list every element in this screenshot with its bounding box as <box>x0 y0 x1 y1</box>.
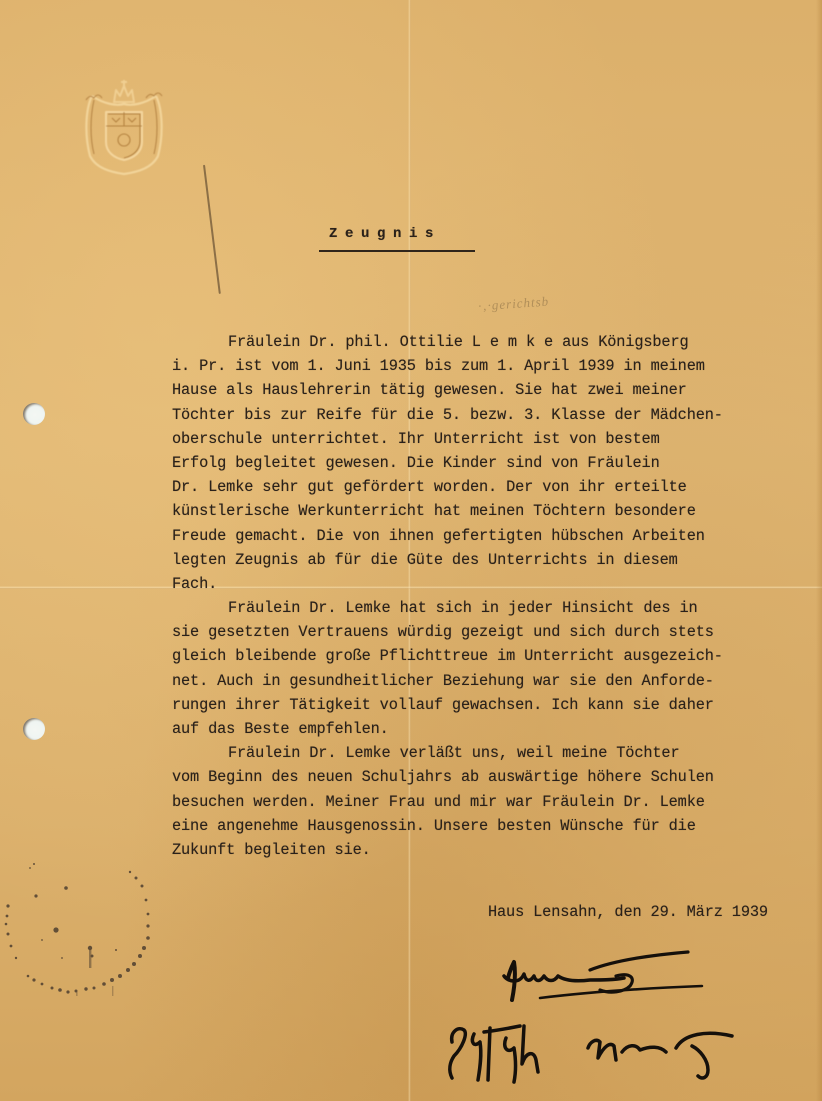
place-date: Haus Lensahn, den 29. März 1939 <box>488 903 768 921</box>
punch-hole-bottom <box>23 718 45 740</box>
text-line: rungen ihrer Tätigkeit vollauf gewachsen… <box>172 693 812 717</box>
text-line: gleich bleibende große Pflichttreue im U… <box>172 644 812 668</box>
paragraph-1: Fräulein Dr. phil. Ottilie L e m k e aus… <box>172 330 812 596</box>
paragraph-3: Fräulein Dr. Lemke verläßt uns, weil mei… <box>172 741 812 862</box>
text-line: legten Zeugnis ab für die Güte des Unter… <box>172 548 812 572</box>
coat-of-arms-icon <box>76 78 172 182</box>
text-line: Dr. Lemke sehr gut gefördert worden. Der… <box>172 475 812 499</box>
text-line: Freude gemacht. Die von ihnen gefertigte… <box>172 524 812 548</box>
bleed-through-text: ·‚·gerichtsb <box>478 294 550 315</box>
signature-icon <box>440 930 800 1090</box>
punch-hole-top <box>23 403 45 425</box>
document-page: ·‚·gerichtsb Zeugnis F <box>0 0 822 1101</box>
text-line: Hause als Hauslehrerin tätig gewesen. Si… <box>172 378 812 402</box>
text-line: net. Auch in gesundheitlicher Beziehung … <box>172 669 812 693</box>
page-edge-shadow <box>816 0 822 1101</box>
text-line: Töchter bis zur Reife für die 5. bezw. 3… <box>172 403 812 427</box>
title-underline <box>319 250 475 252</box>
document-title: Zeugnis <box>329 226 441 242</box>
stamp-icon <box>2 858 150 996</box>
text-line: Fach. <box>172 572 812 596</box>
text-line: Fräulein Dr. phil. Ottilie L e m k e aus… <box>172 330 812 354</box>
text-line: i. Pr. ist vom 1. Juni 1935 bis zum 1. A… <box>172 354 812 378</box>
text-line: vom Beginn des neuen Schuljahrs ab auswä… <box>172 765 812 789</box>
text-line: eine angenehme Hausgenossin. Unsere best… <box>172 814 812 838</box>
text-line: auf das Beste empfehlen. <box>172 717 812 741</box>
text-line: künstlerische Werkunterricht hat meinen … <box>172 499 812 523</box>
text-line: Zukunft begleiten sie. <box>172 838 812 862</box>
text-line: besuchen werden. Meiner Frau und mir war… <box>172 790 812 814</box>
text-line: sie gesetzten Vertrauens würdig gezeigt … <box>172 620 812 644</box>
text-line: Fräulein Dr. Lemke hat sich in jeder Hin… <box>172 596 812 620</box>
text-line: oberschule unterrichtet. Ihr Unterricht … <box>172 427 812 451</box>
document-body: Fräulein Dr. phil. Ottilie L e m k e aus… <box>172 330 812 862</box>
paragraph-2: Fräulein Dr. Lemke hat sich in jeder Hin… <box>172 596 812 741</box>
text-line: Fräulein Dr. Lemke verläßt uns, weil mei… <box>172 741 812 765</box>
text-line: Erfolg begleitet gewesen. Die Kinder sin… <box>172 451 812 475</box>
pencil-mark <box>203 165 221 294</box>
